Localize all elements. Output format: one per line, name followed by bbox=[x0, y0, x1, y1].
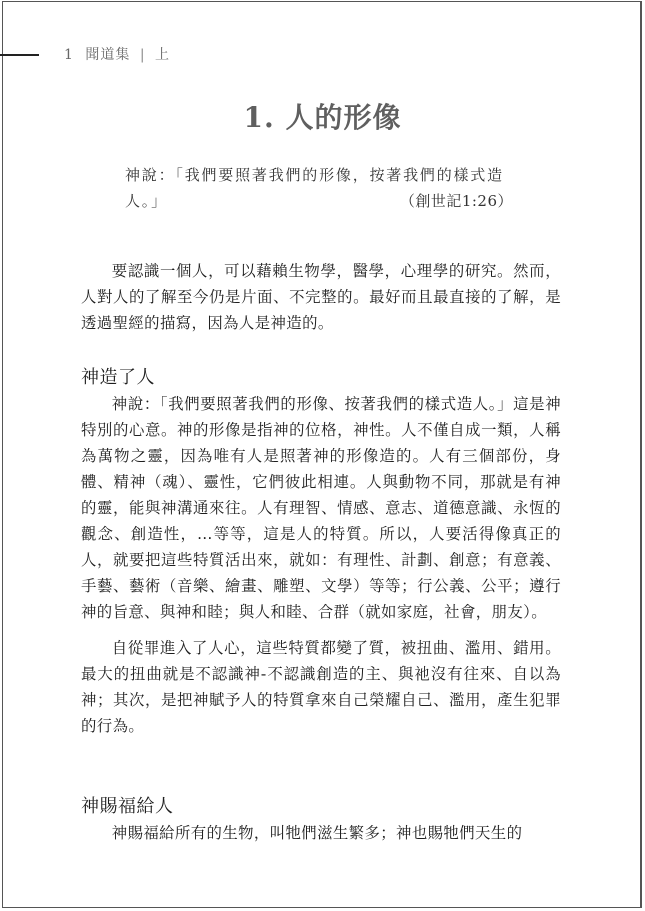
header-separator: | bbox=[140, 47, 146, 63]
section-body-god-blessed-man: 神賜福給所有的生物，叫牠們滋生繁多；神也賜牠們天生的 bbox=[81, 820, 561, 846]
section-body-god-created-man: 神說：「我們要照著我們的形像、按著我們的樣式造人。」這是神特別的心意。神的形像是… bbox=[81, 391, 561, 739]
section-heading-god-blessed-man: 神賜福給人 bbox=[81, 792, 174, 818]
section-heading-god-created-man: 神造了人 bbox=[81, 363, 155, 389]
volume-label: 上 bbox=[155, 47, 170, 63]
intro-paragraph: 要認識一個人，可以藉賴生物學，醫學，心理學的研究。然而，人對人的了解至今仍是片面… bbox=[81, 258, 561, 336]
header-rule bbox=[0, 54, 39, 56]
body-paragraph: 神說：「我們要照著我們的形像、按著我們的樣式造人。」這是神特別的心意。神的形像是… bbox=[81, 391, 561, 625]
book-title: 聞道集 bbox=[85, 47, 130, 63]
intro-block: 要認識一個人，可以藉賴生物學，醫學，心理學的研究。然而，人對人的了解至今仍是片面… bbox=[81, 258, 561, 336]
body-paragraph: 神賜福給所有的生物，叫牠們滋生繁多；神也賜牠們天生的 bbox=[81, 820, 561, 846]
page-number: 1 bbox=[64, 47, 74, 63]
body-paragraph: 自從罪進入了人心，這些特質都變了質，被扭曲、濫用、錯用。最大的扭曲就是不認識神-… bbox=[81, 635, 561, 739]
running-header: 1 聞道集 | 上 bbox=[64, 44, 170, 64]
chapter-title: 1. 人的形像 bbox=[0, 96, 645, 136]
epigraph: 神說：「我們要照著我們的形像，按著我們的樣式造人。」 （創世記1:26） bbox=[125, 162, 525, 214]
epigraph-reference: （創世記1:26） bbox=[400, 188, 513, 214]
